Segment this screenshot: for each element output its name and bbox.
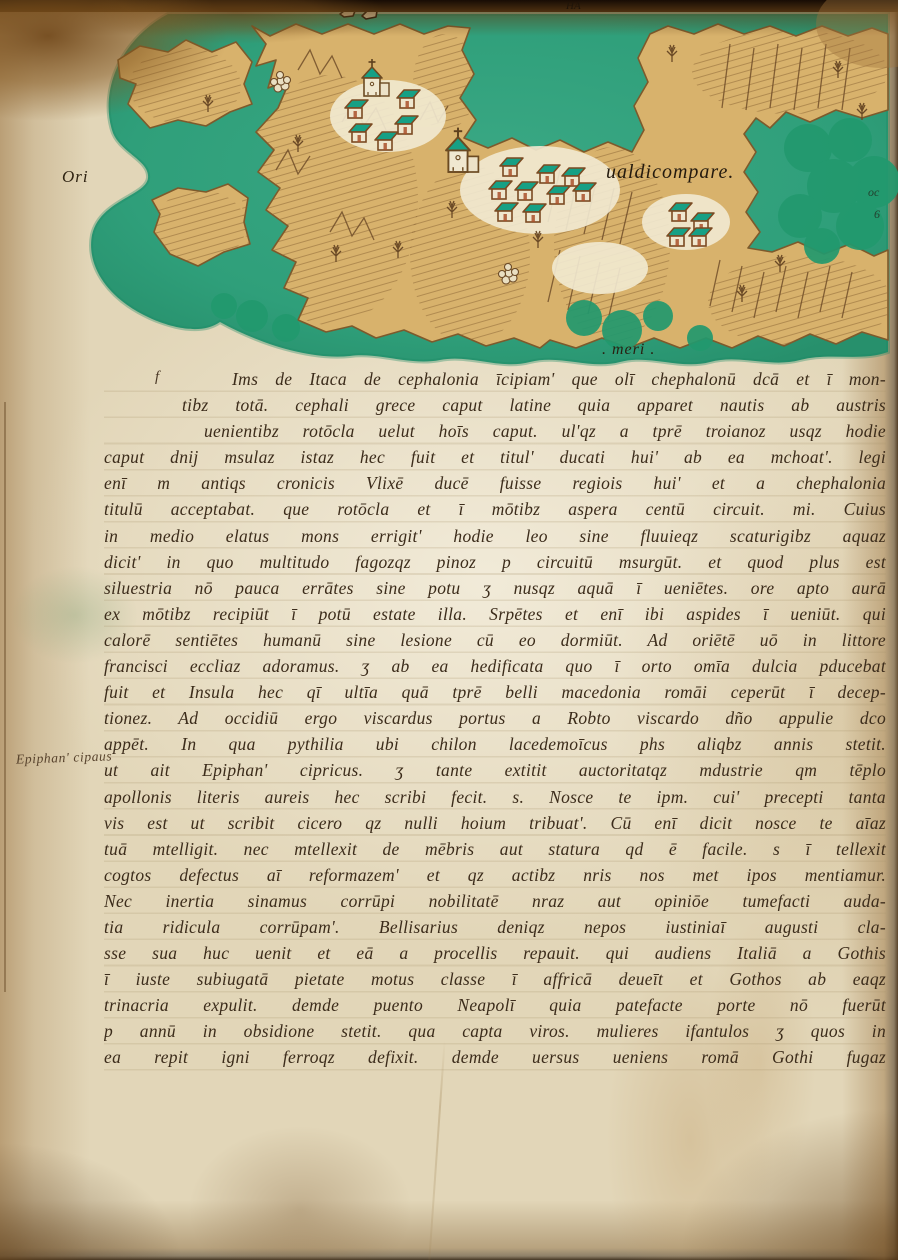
map-label-top-edge: HA	[565, 0, 581, 12]
text-line: tibz totā. cephali grece caput latine qu…	[104, 392, 886, 418]
text-line: caput dnij msulaz istaz hec fuit et titu…	[104, 444, 886, 470]
text-line: calorē sentiētes humanū sine lesione cū …	[104, 627, 886, 653]
text-line: siluestria nō pauca errātes sine potu ʒ …	[104, 575, 886, 601]
text-line: fuit et Insula hec qī ultīa quā tprē bel…	[104, 679, 886, 705]
text-line: tuā mtelligit. nec mtellexit de mēbris a…	[104, 836, 886, 862]
text-line: dicit' in quo multitudo fagozqz pinoz p …	[104, 549, 886, 575]
text-line: Ims de Itaca de cephalonia īcipiam' que …	[104, 366, 886, 392]
text-line: ut ait Epiphan' cipricus. ʒ tante extiti…	[104, 757, 886, 783]
text-line: tia ridicula corrūpam'. Bellisarius deni…	[104, 914, 886, 940]
parchment-crease	[428, 1040, 445, 1260]
text-line: sse sua huc uenit et eā a procellis repa…	[104, 940, 886, 966]
text-line: ea repit igni ferroqz defixit. demde uer…	[104, 1044, 886, 1070]
text-line: in medio elatus mons errigit' hodie leo …	[104, 523, 886, 549]
text-line: appēt. In qua pythilia ubi chilon lacede…	[104, 731, 886, 757]
margin-note: Epiphan' cipaus	[16, 748, 113, 767]
text-line: trinacria expulit. demde puento Neapolī …	[104, 992, 886, 1018]
map-label-right-bottom: 6	[874, 207, 880, 221]
text-line: vis est ut scribit cicero qz nulli hoium…	[104, 810, 886, 836]
map-label-west: Ori	[62, 167, 89, 186]
island-map: HA Ori ualdicompare. . meri . oc 6	[0, 0, 898, 400]
text-line: titulū acceptabat. que rotōcla et ī mōti…	[104, 496, 886, 522]
text-line: tionez. Ad occidiū ergo viscardus portus…	[104, 705, 886, 731]
text-line: Nec inertia sinamus corrūpi nobilitatē n…	[104, 888, 886, 914]
latin-text-block: Ims de Itaca de cephalonia īcipiam' que …	[104, 366, 886, 1071]
text-line: apollonis literis aureis hec scribi feci…	[104, 784, 886, 810]
text-line: ex mōtibz recipiūt ī potū estate illa. S…	[104, 601, 886, 627]
page-edge-rule	[4, 402, 6, 992]
map-label-place: ualdicompare.	[606, 161, 734, 183]
text-line: uenientibz rotōcla uelut hoīs caput. ul'…	[104, 418, 886, 444]
map-label-south: . meri .	[602, 341, 655, 358]
text-line: p annū in obsidione stetit. qua capta vi…	[104, 1018, 886, 1044]
map-label-right-top: oc	[868, 185, 880, 199]
text-line: ī iuste subiugatā pietate motus classe ī…	[104, 966, 886, 992]
text-line: cogtos defectus aī reformazem' et qz act…	[104, 862, 886, 888]
text-line: francisci eccliaz adoramus. ʒ ab ea hedi…	[104, 653, 886, 679]
text-line: enī m antiqs cronicis Vlixē ducē fuisse …	[104, 470, 886, 496]
